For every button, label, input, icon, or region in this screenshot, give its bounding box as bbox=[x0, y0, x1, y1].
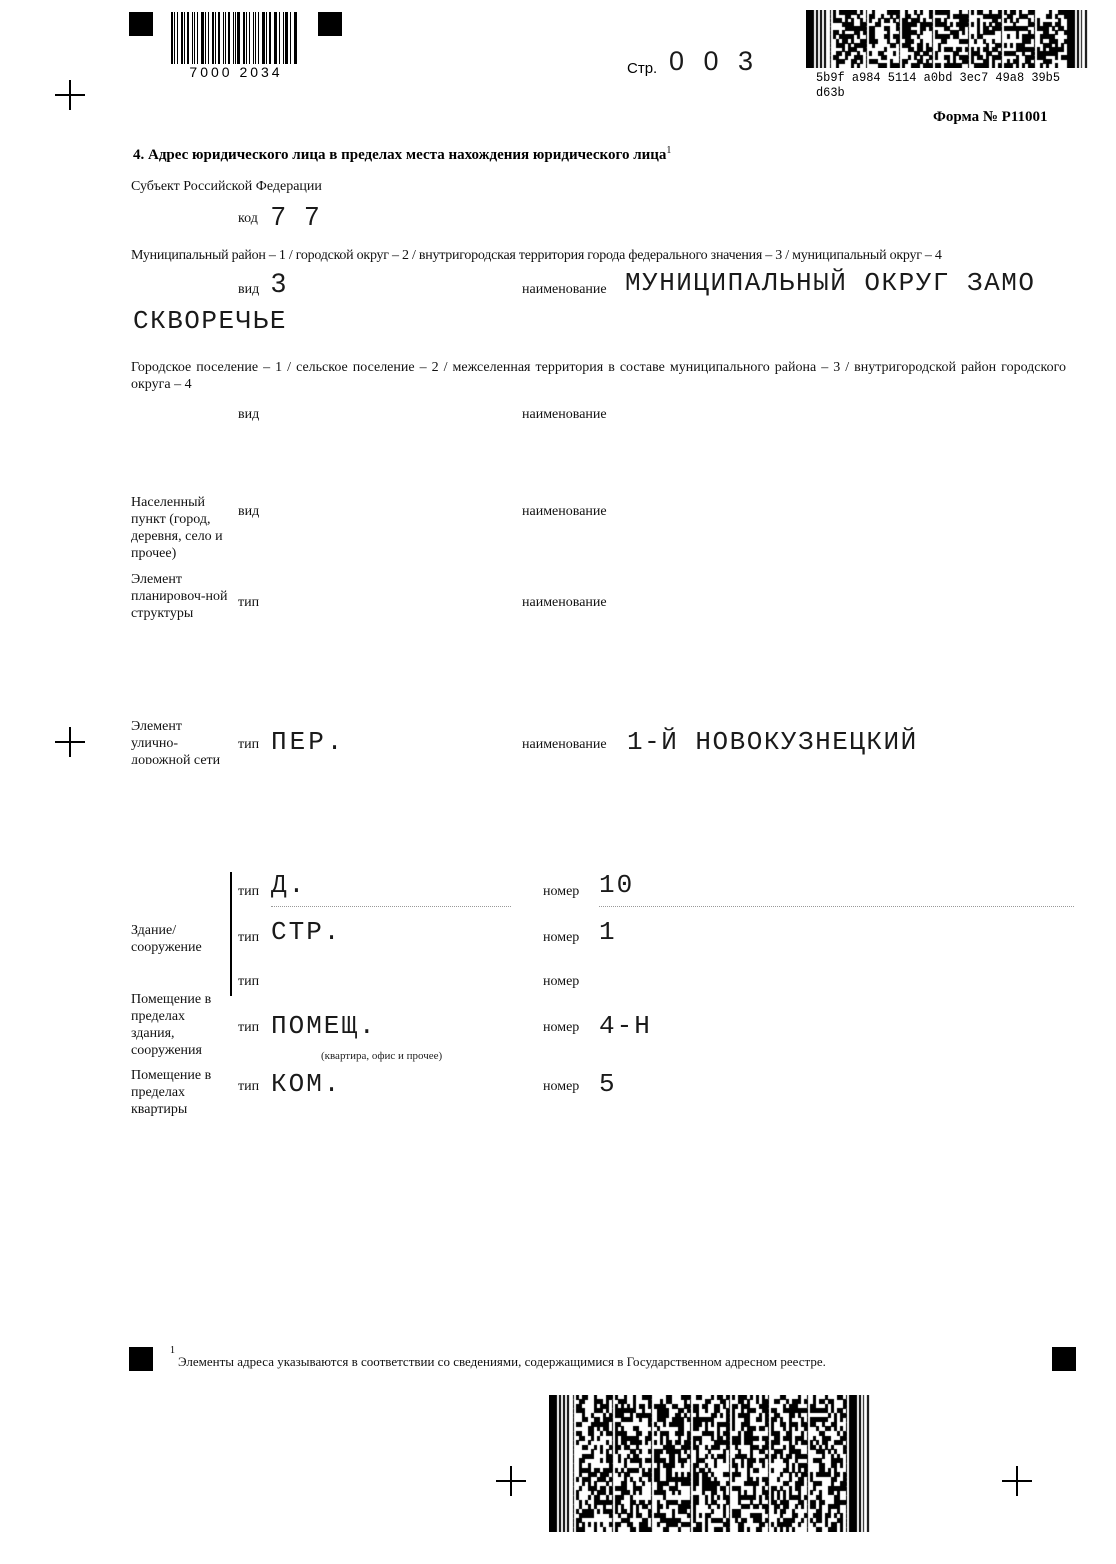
municipal-legend: Муниципальный район – 1 / городской окру… bbox=[131, 248, 942, 264]
pdf417-barcode bbox=[549, 1395, 871, 1532]
planning-name-field[interactable] bbox=[625, 583, 1075, 613]
dotted-separator bbox=[599, 906, 1074, 907]
premises-label: Помещение в пределах здания, сооружения bbox=[131, 991, 226, 1059]
structure-type-label: тип bbox=[238, 930, 259, 946]
alignment-marker bbox=[129, 12, 153, 36]
structure-number-label: номер bbox=[543, 930, 579, 946]
municipal-kind-field[interactable]: 3 bbox=[271, 268, 288, 299]
street-label: Элемент улично-дорожной сети bbox=[131, 718, 231, 764]
building-bracket bbox=[230, 872, 232, 996]
registration-cross-icon bbox=[55, 727, 85, 757]
room-label: Помещение в пределах квартиры bbox=[131, 1067, 226, 1118]
page-number: 0 0 3 bbox=[669, 46, 759, 77]
alignment-marker bbox=[318, 12, 342, 36]
alignment-marker bbox=[129, 1347, 153, 1371]
section-title: 4. Адрес юридического лица в пределах ме… bbox=[133, 145, 671, 164]
registration-cross-icon bbox=[1002, 1466, 1032, 1496]
building-number-field[interactable]: 10 bbox=[599, 870, 634, 900]
dotted-separator bbox=[271, 906, 511, 907]
street-type-field[interactable]: ПЕР. bbox=[271, 727, 345, 757]
building-type-label: тип bbox=[238, 884, 259, 900]
structure-type-field[interactable]: СТР. bbox=[271, 917, 341, 947]
registration-cross-icon bbox=[55, 80, 85, 110]
settlement-name-label: наименование bbox=[522, 407, 607, 423]
barcode-hash: 5b9f a984 5114 a0bd 3ec7 49a8 39b5 d63b bbox=[816, 70, 1092, 100]
premises-type-field[interactable]: ПОМЕЩ. bbox=[271, 1011, 377, 1041]
pdf417-barcode bbox=[806, 10, 1089, 68]
locality-name-field[interactable] bbox=[625, 492, 1075, 522]
subject-label: Субъект Российской Федерации bbox=[131, 179, 322, 195]
alignment-marker bbox=[1052, 1347, 1076, 1371]
room-number-field[interactable]: 5 bbox=[599, 1069, 617, 1099]
footnote-ref: 1 bbox=[666, 145, 671, 156]
street-name-field[interactable]: 1-Й НОВОКУЗНЕЦКИЙ bbox=[627, 727, 918, 757]
municipal-name-label: наименование bbox=[522, 282, 607, 298]
building3-type-label: тип bbox=[238, 974, 259, 990]
locality-name-label: наименование bbox=[522, 504, 607, 520]
form-number: Форма № Р11001 bbox=[933, 109, 1048, 126]
settlement-legend: Городское поселение – 1 / сельское посел… bbox=[131, 359, 1066, 393]
locality-label: Населенный пункт (город, деревня, село и… bbox=[131, 494, 226, 562]
municipal-name-field-line2[interactable]: СКВОРЕЧЬЕ bbox=[133, 306, 287, 336]
structure-number-field[interactable]: 1 bbox=[599, 917, 617, 947]
footnote-text: Элементы адреса указываются в соответств… bbox=[178, 1354, 826, 1370]
premises-type-label: тип bbox=[238, 1020, 259, 1036]
room-number-label: номер bbox=[543, 1079, 579, 1095]
planning-type-label: тип bbox=[238, 595, 259, 611]
code-label: код bbox=[238, 211, 258, 227]
building3-type-field[interactable] bbox=[271, 962, 501, 992]
municipal-kind-label: вид bbox=[238, 282, 259, 298]
registration-cross-icon bbox=[496, 1466, 526, 1496]
building-type-field[interactable]: Д. bbox=[271, 870, 306, 900]
building3-number-label: номер bbox=[543, 974, 579, 990]
locality-kind-label: вид bbox=[238, 504, 259, 520]
settlement-name-field[interactable] bbox=[625, 395, 1075, 425]
building-number-label: номер bbox=[543, 884, 579, 900]
planning-label: Элемент планировоч-ной структуры bbox=[131, 571, 231, 622]
barcode-number: 7000 2034 bbox=[171, 64, 301, 80]
settlement-kind-label: вид bbox=[238, 407, 259, 423]
locality-kind-field[interactable] bbox=[271, 492, 501, 522]
street-type-label: тип bbox=[238, 737, 259, 753]
settlement-kind-field[interactable] bbox=[271, 395, 501, 425]
municipal-name-field-line1[interactable]: МУНИЦИПАЛЬНЫЙ ОКРУГ ЗАМО bbox=[625, 268, 1035, 298]
linear-barcode bbox=[171, 12, 299, 64]
subject-code-field[interactable]: 7 7 bbox=[271, 201, 325, 232]
room-type-field[interactable]: КОМ. bbox=[271, 1069, 341, 1099]
planning-type-field[interactable] bbox=[271, 583, 501, 613]
street-name-label: наименование bbox=[522, 737, 607, 753]
building-label: Здание/ сооружение bbox=[131, 922, 226, 956]
section-title-text: 4. Адрес юридического лица в пределах ме… bbox=[133, 147, 666, 163]
page-label: Стр. bbox=[627, 60, 657, 77]
premises-number-label: номер bbox=[543, 1020, 579, 1036]
planning-name-label: наименование bbox=[522, 595, 607, 611]
premises-number-field[interactable]: 4-Н bbox=[599, 1011, 652, 1041]
premises-type-hint: (квартира, офис и прочее) bbox=[321, 1050, 442, 1062]
building3-number-field[interactable] bbox=[599, 962, 1049, 992]
room-type-label: тип bbox=[238, 1079, 259, 1095]
footnote-ref: 1 bbox=[170, 1345, 175, 1356]
